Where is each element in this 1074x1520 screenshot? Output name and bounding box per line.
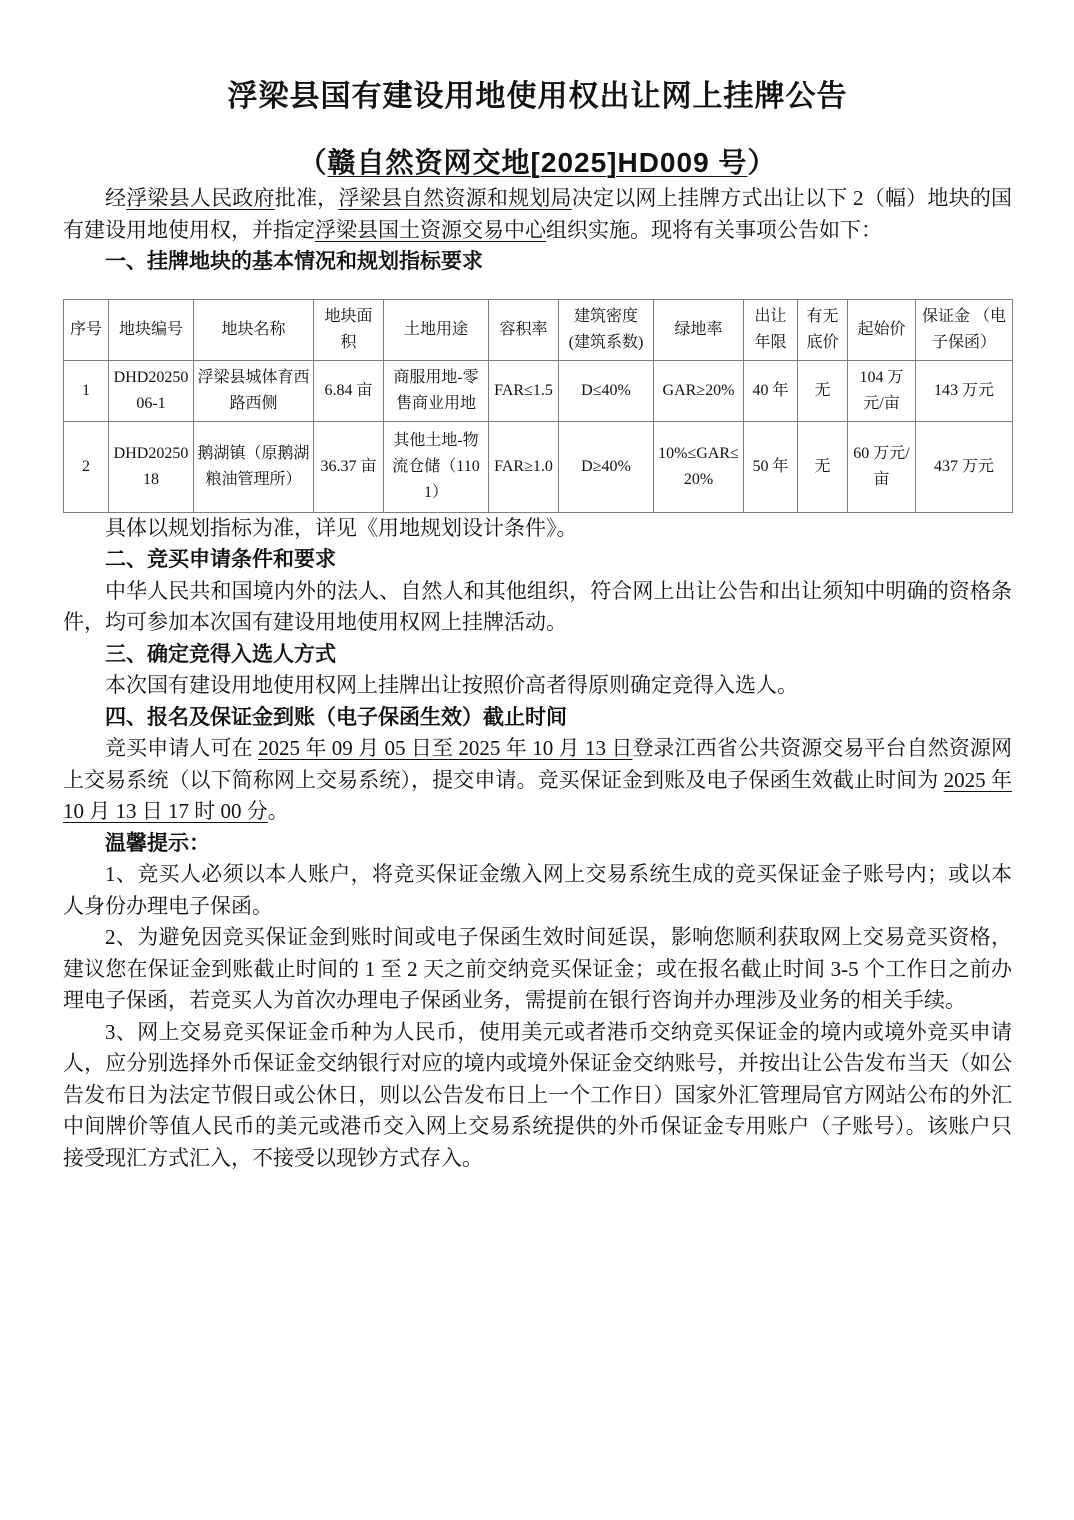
section-2-body: 中华人民共和国境内外的法人、自然人和其他组织，符合网上出让公告和出让须知中明确的… xyxy=(63,576,1012,639)
col-header-land-use: 土地用途 xyxy=(384,299,489,360)
col-header-parcel-no: 地块编号 xyxy=(109,299,194,360)
subtitle-close-paren: ） xyxy=(747,147,776,178)
table-cell: 1 xyxy=(64,360,109,421)
intro-text: 经 xyxy=(105,186,126,210)
deadline-text: 竞买申请人可在 xyxy=(105,736,258,760)
table-cell: 60 万元/亩 xyxy=(848,421,916,512)
announcement-page: 浮梁县国有建设用地使用权出让网上挂牌公告 （赣自然资网交地[2025]HD009… xyxy=(0,0,1074,1520)
table-header-row: 序号 地块编号 地块名称 地块面积 土地用途 容积率 建筑密度 (建筑系数) 绿… xyxy=(64,299,1013,360)
table-cell: 2 xyxy=(64,421,109,512)
subtitle-number-text: 赣自然资网交地[2025]HD009 号 xyxy=(328,147,748,178)
col-header-deposit: 保证金 （电子保函） xyxy=(916,299,1013,360)
intro-underlined-government: 浮梁县人民政府 xyxy=(126,186,275,210)
col-header-reserve-price: 有无底价 xyxy=(798,299,848,360)
col-header-green-ratio: 绿地率 xyxy=(654,299,744,360)
tip-item-3: 3、网上交易竞买保证金币种为人民币，使用美元或者港币交纳竞买保证金的境内或境外竞… xyxy=(63,1017,1012,1175)
section-4-body: 竞买申请人可在 2025 年 09 月 05 日至 2025 年 10 月 13… xyxy=(63,733,1012,828)
intro-underlined-bureau: 浮梁县自然资源和规划局 xyxy=(338,186,571,210)
subtitle-open-paren: （ xyxy=(299,147,328,178)
table-row: 1 DHD2025006-1 浮梁县城体育西路西侧 6.84 亩 商服用地-零售… xyxy=(64,360,1013,421)
table-cell: 143 万元 xyxy=(916,360,1013,421)
table-cell: 437 万元 xyxy=(916,421,1013,512)
table-cell: DHD2025006-1 xyxy=(109,360,194,421)
col-header-start-price: 起始价 xyxy=(848,299,916,360)
page-title: 浮梁县国有建设用地使用权出让网上挂牌公告 xyxy=(63,76,1012,118)
table-cell: GAR≥20% xyxy=(654,360,744,421)
registration-period-underlined: 2025 年 09 月 05 日至 2025 年 10 月 13 日 xyxy=(258,736,632,760)
intro-text: 组织实施。现将有关事项公告如下： xyxy=(546,218,882,242)
table-cell: FAR≤1.5 xyxy=(489,360,559,421)
table-cell: FAR≥1.0 xyxy=(489,421,559,512)
table-cell: 10%≤GAR≤20% xyxy=(654,421,744,512)
land-parcel-table: 序号 地块编号 地块名称 地块面积 土地用途 容积率 建筑密度 (建筑系数) 绿… xyxy=(63,299,1013,513)
col-header-seq: 序号 xyxy=(64,299,109,360)
intro-underlined-center: 浮梁县国土资源交易中心 xyxy=(315,218,546,242)
table-cell: D≥40% xyxy=(559,421,654,512)
col-header-density: 建筑密度 (建筑系数) xyxy=(559,299,654,360)
table-cell: 104 万元/亩 xyxy=(848,360,916,421)
table-cell: DHD2025018 xyxy=(109,421,194,512)
col-header-far: 容积率 xyxy=(489,299,559,360)
section-4-heading: 四、报名及保证金到账（电子保函生效）截止时间 xyxy=(63,702,1012,734)
table-cell: D≤40% xyxy=(559,360,654,421)
tips-heading: 温馨提示： xyxy=(63,828,1012,860)
section-3-heading: 三、确定竞得入选人方式 xyxy=(63,639,1012,671)
tip-item-1: 1、竞买人必须以本人账户，将竞买保证金缴入网上交易系统生成的竞买保证金子账号内；… xyxy=(63,859,1012,922)
table-note: 具体以规划指标为准，详见《用地规划设计条件》。 xyxy=(63,513,1012,545)
section-3-body: 本次国有建设用地使用权网上挂牌出让按照价高者得原则确定竞得入选人。 xyxy=(63,670,1012,702)
col-header-term: 出让年限 xyxy=(744,299,798,360)
table-cell: 无 xyxy=(798,421,848,512)
table-row: 2 DHD2025018 鹅湖镇（原鹅湖粮油管理所） 36.37 亩 其他土地-… xyxy=(64,421,1013,512)
table-cell: 36.37 亩 xyxy=(314,421,384,512)
table-cell: 鹅湖镇（原鹅湖粮油管理所） xyxy=(194,421,314,512)
table-cell: 浮梁县城体育西路西侧 xyxy=(194,360,314,421)
table-cell: 其他土地-物流仓储（1101） xyxy=(384,421,489,512)
table-cell: 商服用地-零售商业用地 xyxy=(384,360,489,421)
intro-paragraph: 经浮梁县人民政府批准，浮梁县自然资源和规划局决定以网上挂牌方式出让以下 2（幅）… xyxy=(63,183,1012,246)
table-cell: 无 xyxy=(798,360,848,421)
table-cell: 50 年 xyxy=(744,421,798,512)
col-header-parcel-name: 地块名称 xyxy=(194,299,314,360)
intro-text: 批准， xyxy=(275,186,339,210)
tip-item-2: 2、为避免因竞买保证金到账时间或电子保函生效时间延误，影响您顺利获取网上交易竞买… xyxy=(63,922,1012,1017)
col-header-area: 地块面积 xyxy=(314,299,384,360)
section-2-heading: 二、竞买申请条件和要求 xyxy=(63,544,1012,576)
section-1-heading: 一、挂牌地块的基本情况和规划指标要求 xyxy=(63,246,1012,278)
table-cell: 6.84 亩 xyxy=(314,360,384,421)
table-cell: 40 年 xyxy=(744,360,798,421)
deadline-text: 。 xyxy=(268,799,289,823)
document-number: （赣自然资网交地[2025]HD009 号） xyxy=(63,143,1012,183)
